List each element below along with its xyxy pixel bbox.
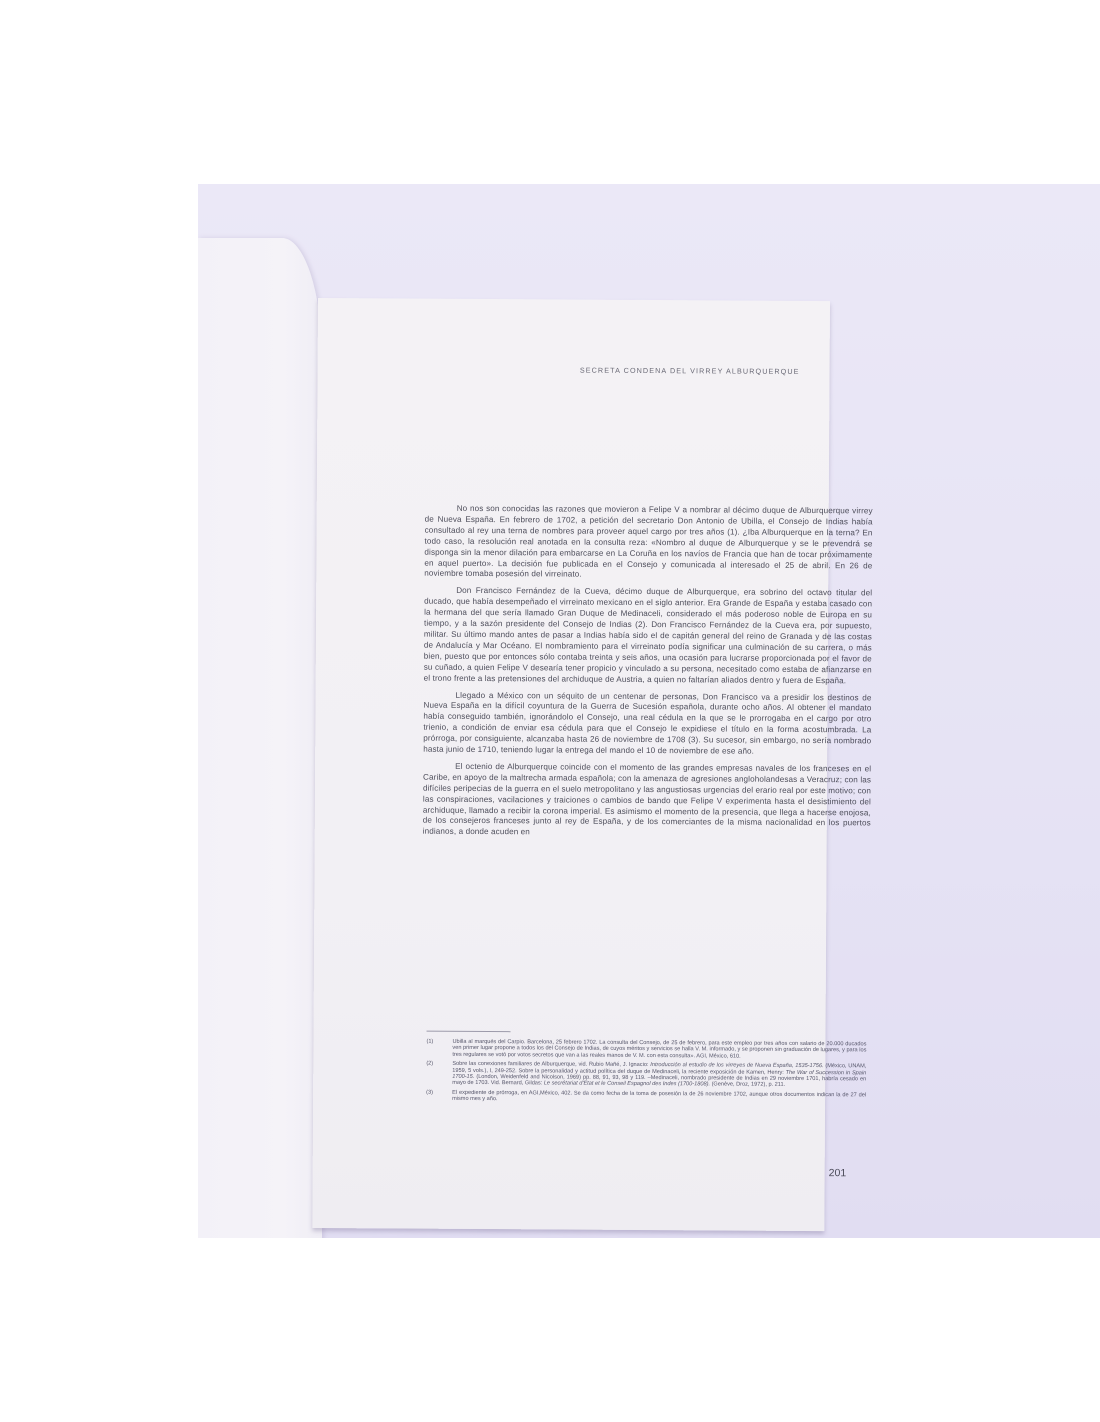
footnote-number: (3)	[426, 1090, 452, 1103]
paragraph: Don Francisco Fernández de la Cueva, déc…	[424, 586, 873, 687]
left-page-edge	[198, 238, 322, 1238]
cited-title: Le secrétariat d'Etat et le Conseil Espa…	[544, 1081, 710, 1088]
book-photo: SECRETA CONDENA DEL VIRREY ALBURQUERQUE …	[198, 184, 1100, 1238]
footnote-number: (2)	[426, 1061, 452, 1087]
footnote-fragment: (Genève, Droz, 1972), p. 211.	[710, 1082, 785, 1088]
footnote-text: Ubilla al marqués del Carpio. Barcelona,…	[452, 1039, 866, 1061]
running-head: SECRETA CONDENA DEL VIRREY ALBURQUERQUE	[550, 365, 800, 376]
footnote: (1) Ubilla al marqués del Carpio. Barcel…	[426, 1039, 866, 1061]
footnote-text: El expediente de prórroga, en AGI,México…	[452, 1090, 866, 1105]
book-page: SECRETA CONDENA DEL VIRREY ALBURQUERQUE …	[312, 298, 830, 1231]
footnotes: (1) Ubilla al marqués del Carpio. Barcel…	[426, 1039, 866, 1108]
body-text: No nos son conocidas las razones que mov…	[423, 504, 873, 847]
paragraph: Llegado a México con un séquito de un ce…	[423, 690, 871, 758]
footnote-number: (1)	[426, 1039, 452, 1058]
footnote-text: Sobre las conexiones familiares de Albur…	[452, 1061, 866, 1089]
footnote-divider	[427, 1031, 511, 1033]
paragraph: No nos son conocidas las razones que mov…	[424, 504, 872, 583]
page-number: 201	[829, 1167, 847, 1179]
footnote: (2) Sobre las conexiones familiares de A…	[426, 1061, 866, 1089]
footnote: (3) El expediente de prórroga, en AGI,Mé…	[426, 1090, 866, 1106]
paragraph: El octenio de Alburquerque coincide con …	[423, 762, 871, 841]
